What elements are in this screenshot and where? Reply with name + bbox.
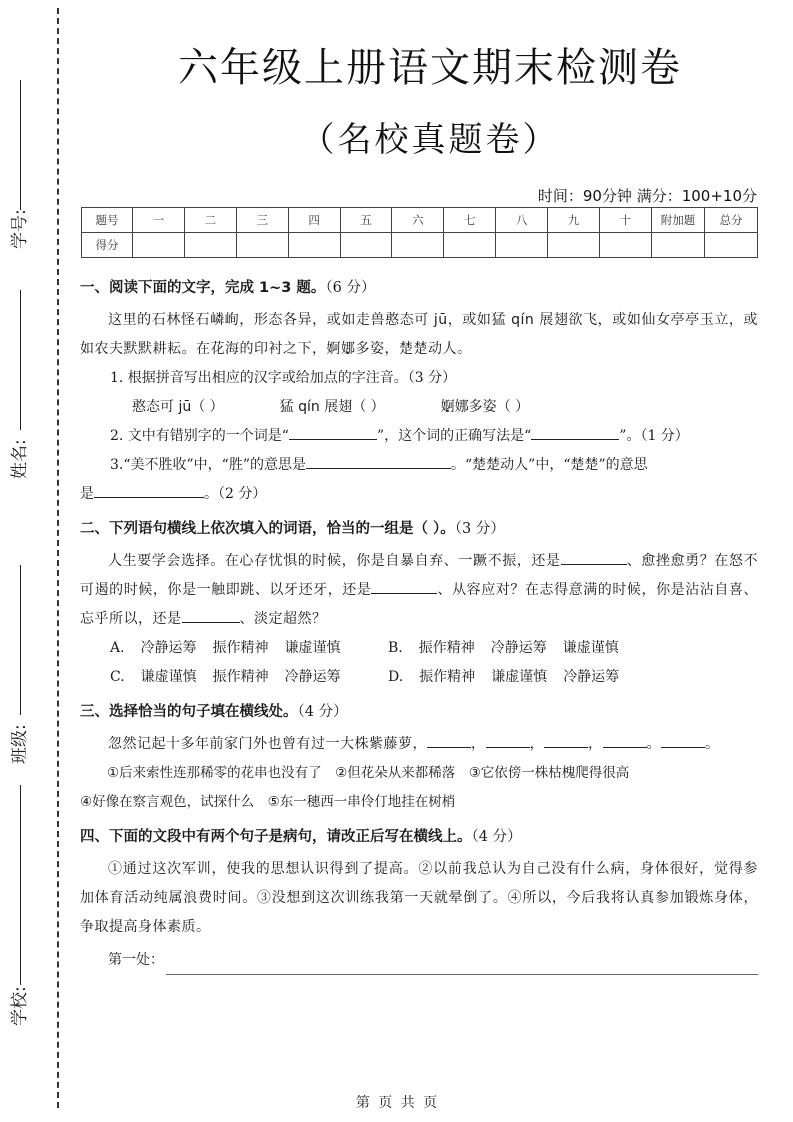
score-cell[interactable]	[705, 233, 758, 258]
dotted-character: 婀	[327, 341, 342, 357]
col-header: 四	[288, 208, 340, 233]
section-2-points: （3 分）	[455, 521, 505, 537]
section-4-passage: ①通过这次军训，使我的思想认识得到了提高。②以前我总认为自己没有什么病，身体很好…	[80, 855, 758, 942]
section-2-heading: 二、下列语句横线上依次填入的词语，恰当的一组是（ ）。（3 分）	[80, 517, 758, 541]
option-d[interactable]: D.振作精神谦虚谨慎冷静运筹	[388, 663, 666, 692]
section-4-heading: 四、下面的文段中有两个句子是病句，请改正后写在横线上。（4 分）	[80, 825, 758, 849]
option-word: 振作精神	[419, 663, 475, 692]
section-2-passage: 人生要学会选择。在心存忧惧的时候，你是自暴自弃、一蹶不振，还是、愈挫愈勇？在怒不…	[80, 547, 758, 634]
q-text: 。（2 分）	[204, 486, 266, 502]
row-header-score: 得分	[82, 233, 133, 258]
option-a[interactable]: A.冷静运筹振作精神谦虚谨慎	[110, 634, 388, 663]
name-line[interactable]	[20, 290, 21, 430]
score-cell[interactable]	[288, 233, 340, 258]
question-1-3: 3.“美不胜收”中，“胜”的意思是。“楚楚动人”中，“楚楚”的意思	[80, 451, 758, 480]
passage-text: 这里的石林怪石嶙峋，形态各异，或如走兽憨态可	[108, 312, 434, 328]
student-id-label: 学号:	[8, 225, 32, 249]
option-word: 冷静运筹	[141, 634, 197, 663]
option-word: 谦虚谨慎	[141, 663, 197, 692]
section-3-choices-1: ①后来索性连那稀零的花串也没有了 ②但花朵从来都稀落 ③它依傍一株枯槐爬得很高	[80, 759, 758, 788]
col-header: 七	[444, 208, 496, 233]
class-label: 班级:	[8, 740, 32, 764]
score-table-header-row: 题号 一 二 三 四 五 六 七 八 九 十 附加题 总分	[82, 208, 758, 233]
separator: ，	[588, 736, 603, 752]
stem-text: 忽然记起十多年前家门外也曾有过一大株紫藤萝，	[108, 736, 427, 752]
answer-blank[interactable]	[603, 733, 647, 748]
separator: ，	[530, 736, 545, 752]
exam-title: 六年级上册语文期末检测卷	[80, 36, 780, 93]
binding-margin: 学号: 姓名: 班级: 学校:	[0, 0, 70, 1122]
class-line[interactable]	[20, 565, 21, 715]
answer-bracket[interactable]: （ ）	[497, 399, 529, 415]
student-id-line[interactable]	[20, 80, 21, 210]
col-header: 一	[133, 208, 185, 233]
question-1-3-cont: 是。（2 分）	[80, 480, 758, 509]
answer-input-line[interactable]	[166, 956, 758, 975]
score-cell[interactable]	[444, 233, 496, 258]
pinyin-qin: qín	[511, 312, 534, 328]
answer-bracket[interactable]: （ ）	[352, 399, 384, 415]
option-b[interactable]: B.振作精神冷静运筹谦虚谨慎	[388, 634, 666, 663]
section-1-passage: 这里的石林怪石嶙峋，形态各异，或如走兽憨态可 jū，或如猛 qín 展翅欲飞，或…	[80, 306, 758, 364]
answer-blank[interactable]	[661, 733, 705, 748]
answer-blank[interactable]	[544, 733, 588, 748]
question-1-1: 1. 根据拼音写出相应的汉字或给加点的字注音。（3 分）	[80, 364, 758, 393]
answer-blank[interactable]	[371, 579, 437, 594]
answer-blank[interactable]	[531, 425, 619, 440]
options-row: C.谦虚谨慎振作精神冷静运筹 D.振作精神谦虚谨慎冷静运筹	[110, 663, 758, 692]
col-header: 二	[184, 208, 236, 233]
col-header: 八	[496, 208, 548, 233]
answer-blank[interactable]	[427, 733, 471, 748]
name-label: 姓名:	[8, 455, 32, 479]
section-1-heading: 一、阅读下面的文字，完成 1~3 题。（6 分）	[80, 276, 758, 300]
col-header: 九	[548, 208, 600, 233]
score-cell[interactable]	[548, 233, 600, 258]
separator: 。	[705, 736, 720, 752]
question-1-1-items: 憨态可 jū（ ） 猛 qín 展翅（ ） 婀娜多姿（ ）	[80, 393, 758, 422]
exam-subtitle: （名校真题卷）	[80, 112, 780, 161]
answer-blank[interactable]	[182, 608, 240, 623]
q-text: ”。（1 分）	[619, 428, 689, 444]
answer-blank[interactable]	[94, 483, 204, 498]
pinyin-ju: jū	[434, 312, 448, 328]
score-cell[interactable]	[652, 233, 705, 258]
pinyin-item-text: 憨态可 jū	[132, 399, 191, 415]
score-cell[interactable]	[600, 233, 652, 258]
section-4-title: 四、下面的文段中有两个句子是病句，请改正后写在横线上。	[80, 829, 472, 845]
section-3-title: 三、选择恰当的句子填在横线处。	[80, 704, 298, 720]
fold-dashed-line	[57, 8, 59, 1108]
option-word: 谦虚谨慎	[563, 634, 619, 663]
q-text: 3.“美不胜收”中，“胜”的意思是	[110, 457, 306, 473]
answer-blank[interactable]	[306, 454, 451, 469]
section-1-points: （6 分）	[325, 280, 375, 296]
option-letter: D.	[388, 663, 403, 692]
passage-text: ，或如猛	[448, 312, 511, 328]
exam-content: 一、阅读下面的文字，完成 1~3 题。（6 分） 这里的石林怪石嶙峋，形态各异，…	[80, 276, 758, 975]
section-3-heading: 三、选择恰当的句子填在横线处。（4 分）	[80, 700, 758, 724]
section-2-options: A.冷静运筹振作精神谦虚谨慎 B.振作精神冷静运筹谦虚谨慎 C.谦虚谨慎振作精神…	[80, 634, 758, 692]
pinyin-item-2: 猛 qín 展翅（ ）	[280, 393, 385, 422]
answer-label: 第一处：	[108, 946, 164, 975]
pinyin-item-text: 娜多姿	[455, 399, 497, 415]
score-cell[interactable]	[133, 233, 185, 258]
option-c[interactable]: C.谦虚谨慎振作精神冷静运筹	[110, 663, 388, 692]
answer-blank[interactable]	[561, 550, 627, 565]
option-word: 谦虚谨慎	[491, 663, 547, 692]
col-header: 十	[600, 208, 652, 233]
option-word: 振作精神	[419, 634, 475, 663]
option-letter: C.	[110, 663, 125, 692]
section-4-points: （4 分）	[472, 829, 522, 845]
page-footer: 第 页 共 页	[0, 1092, 793, 1112]
col-header: 附加题	[652, 208, 705, 233]
score-cell[interactable]	[184, 233, 236, 258]
passage-text: 、淡定超然？	[240, 611, 327, 627]
score-cell[interactable]	[496, 233, 548, 258]
row-header-question-no: 题号	[82, 208, 133, 233]
col-header: 总分	[705, 208, 758, 233]
option-word: 冷静运筹	[491, 634, 547, 663]
option-word: 振作精神	[213, 663, 269, 692]
col-header: 五	[340, 208, 392, 233]
separator: ，	[471, 736, 486, 752]
answer-line-first: 第一处：	[80, 946, 758, 975]
option-word: 冷静运筹	[563, 663, 619, 692]
option-letter: A.	[110, 634, 125, 663]
section-3-choices-2: ④好像在察言观色，试探什么 ⑤东一穗西一串伶仃地挂在树梢	[80, 788, 758, 817]
section-3-points: （4 分）	[298, 704, 348, 720]
passage-text: 人生要学会选择。在心存忧惧的时候，你是自暴自弃、一蹶不振，还是	[108, 553, 561, 569]
option-word: 振作精神	[213, 634, 269, 663]
score-table: 题号 一 二 三 四 五 六 七 八 九 十 附加题 总分 得分	[81, 207, 758, 258]
q-text: 。“楚楚动人”中，“楚楚”的意思	[451, 457, 648, 473]
passage-text: 娜多姿，楚楚动人。	[341, 341, 472, 357]
options-row: A.冷静运筹振作精神谦虚谨慎 B.振作精神冷静运筹谦虚谨慎	[110, 634, 758, 663]
score-cell[interactable]	[340, 233, 392, 258]
pinyin-item-1: 憨态可 jū（ ）	[132, 393, 224, 422]
answer-blank[interactable]	[289, 425, 377, 440]
pinyin-item-text: 猛 qín 展翅	[280, 399, 353, 415]
score-table-score-row: 得分	[82, 233, 758, 258]
answer-blank[interactable]	[486, 733, 530, 748]
score-cell[interactable]	[392, 233, 444, 258]
separator: 。	[647, 736, 662, 752]
section-3-stem: 忽然记起十多年前家门外也曾有过一大株紫藤萝，，，，。。	[80, 730, 758, 759]
q-text: 2. 文中有错别字的一个词是“	[110, 428, 289, 444]
q-text: 是	[80, 486, 94, 502]
school-line[interactable]	[20, 785, 21, 985]
option-word: 冷静运筹	[285, 663, 341, 692]
pinyin-item-3: 婀娜多姿（ ）	[441, 393, 529, 422]
option-letter: B.	[388, 634, 403, 663]
option-word: 谦虚谨慎	[285, 634, 341, 663]
col-header: 三	[236, 208, 288, 233]
question-1-2: 2. 文中有错别字的一个词是“”，这个词的正确写法是“”。（1 分）	[80, 422, 758, 451]
section-2-title: 二、下列语句横线上依次填入的词语，恰当的一组是（ ）。	[80, 521, 455, 537]
q-text: ”，这个词的正确写法是“	[377, 428, 531, 444]
col-header: 六	[392, 208, 444, 233]
school-label: 学校:	[8, 1002, 32, 1026]
dotted-character: 婀	[441, 399, 455, 415]
score-cell[interactable]	[236, 233, 288, 258]
exam-meta: 时间：90分钟 满分：100+10分	[538, 185, 757, 206]
section-1-title: 一、阅读下面的文字，完成 1~3 题。	[80, 280, 325, 296]
answer-bracket[interactable]: （ ）	[191, 399, 223, 415]
